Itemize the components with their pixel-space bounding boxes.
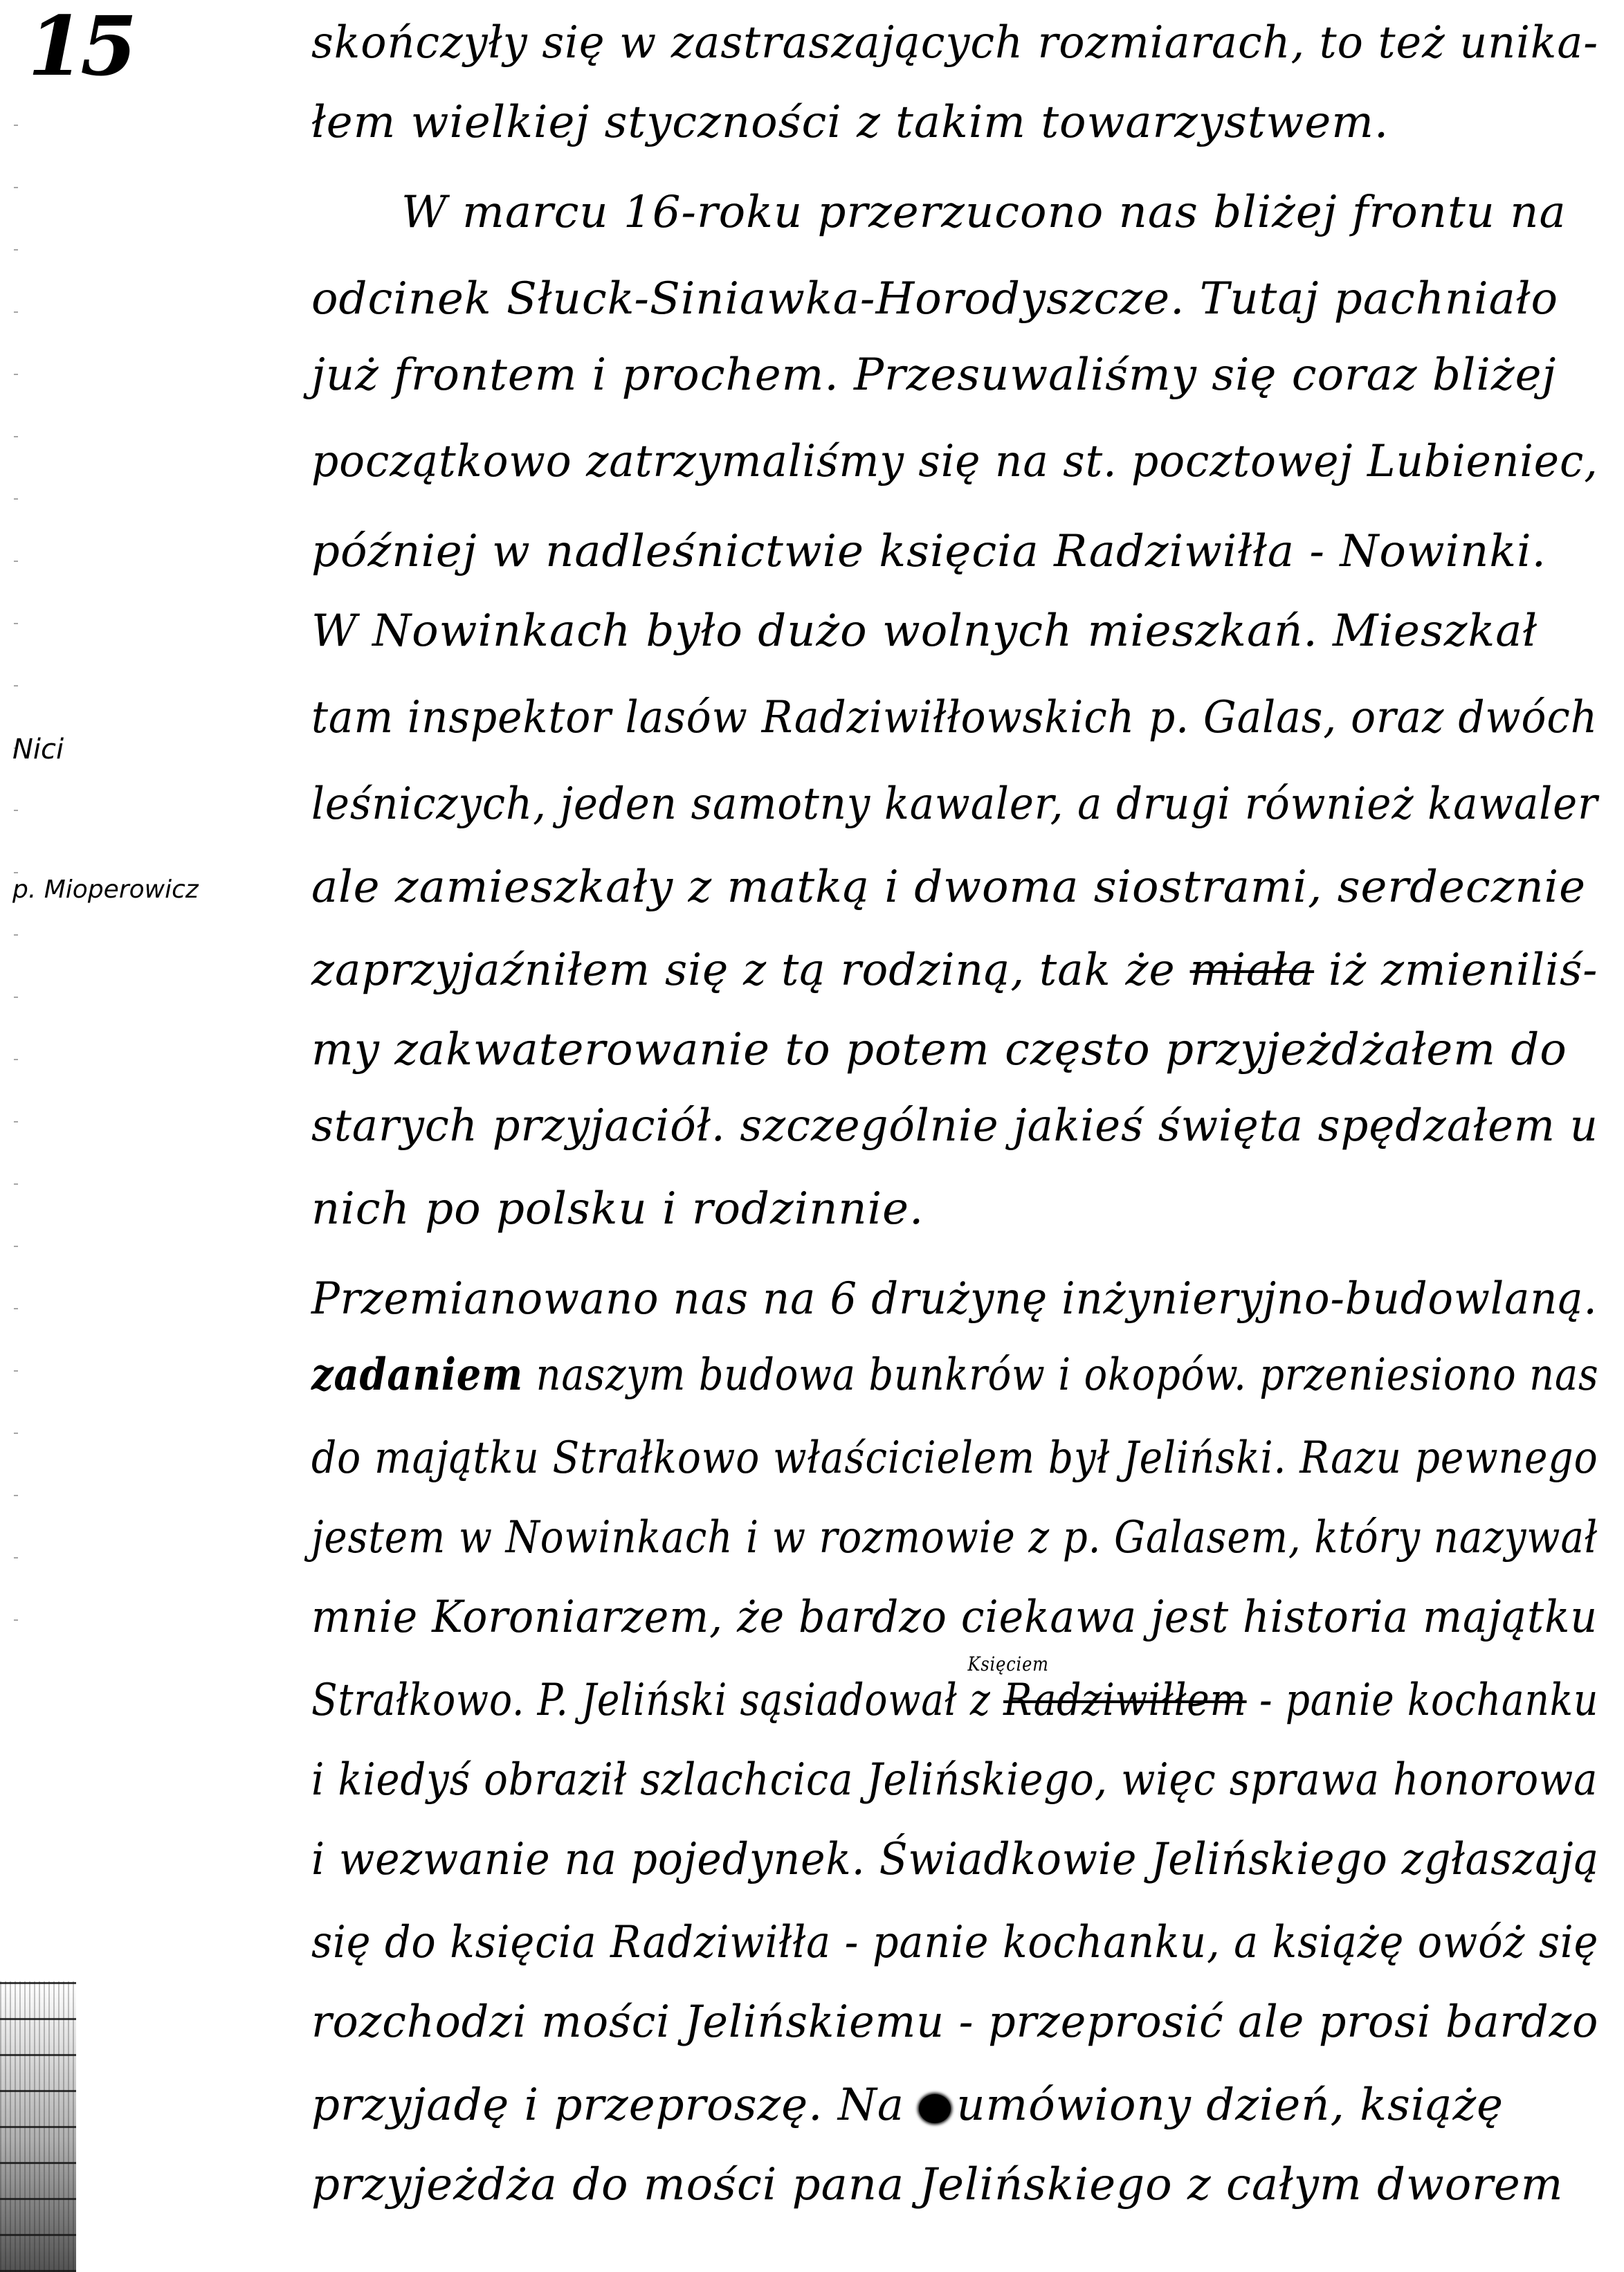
text-line: my zakwaterowanie to potem często przyje… (311, 1028, 1567, 1072)
text-line: i kiedyś obraził szlachcica Jelińskiego,… (311, 1758, 1598, 1802)
text-line: zadaniem naszym budowa bunkrów i okopów.… (311, 1353, 1599, 1397)
bold-word: zadaniem (311, 1349, 523, 1401)
struck-word: Radziwiłłem (1003, 1675, 1247, 1726)
text-line: początkowo zatrzymaliśmy się na st. pocz… (311, 439, 1598, 484)
text-segment: przyjadę i przeproszę. Na (311, 2080, 919, 2131)
text-segment: iż zmieniliś- (1314, 945, 1598, 996)
ink-blot-icon (919, 2094, 951, 2123)
scan-artifact (0, 1981, 76, 2272)
text-line: ale zamieszkały z matką i dwoma siostram… (311, 865, 1586, 909)
text-line: nich po polsku i rodzinnie. (311, 1187, 924, 1231)
text-line: już frontem i prochem. Przesuwaliśmy się… (311, 353, 1556, 397)
text-line: do majątku Strałkowo właścicielem był Je… (311, 1436, 1598, 1480)
text-line: i wezwanie na pojedynek. Świadkowie Jeli… (311, 1837, 1599, 1882)
inserted-correction: Księciem (968, 1655, 1049, 1674)
text-line: jestem w Nowinkach i w rozmowie z p. Gal… (311, 1516, 1598, 1560)
text-line: później w nadleśnictwie księcia Radziwił… (311, 529, 1547, 574)
text-line: W Nowinkach było dużo wolnych mieszkań. … (311, 609, 1538, 653)
text-line: Przemianowano nas na 6 drużynę inżyniery… (311, 1277, 1598, 1321)
edited-word: KsięciemRadziwiłłem (1003, 1678, 1247, 1723)
page-number: 15 (28, 6, 133, 87)
text-line: zaprzyjaźniłem się z tą rodziną, tak że … (311, 948, 1598, 992)
text-line: W marcu 16-roku przerzucono nas bliżej f… (401, 190, 1567, 235)
margin-note: Nici (12, 734, 64, 765)
struck-word: miała (1190, 945, 1315, 996)
text-line: łem wielkiej styczności z takim towarzys… (311, 100, 1389, 145)
text-line: przyjadę i przeproszę. Na umówiony dzień… (311, 2083, 1504, 2127)
text-line: mnie Koroniarzem, że bardzo ciekawa jest… (311, 1595, 1598, 1639)
text-segment: naszym budowa bunkrów i okopów. przenies… (523, 1349, 1599, 1401)
text-line: skończyły się w zastraszających rozmiara… (311, 21, 1598, 65)
text-line: tam inspektor lasów Radziwiłłowskich p. … (311, 696, 1598, 740)
text-line: leśniczych, jeden samotny kawaler, a dru… (311, 782, 1598, 826)
text-line: się do księcia Radziwiłła - panie kochan… (311, 1920, 1598, 1965)
scan-artifact (14, 125, 18, 1647)
text-line: starych przyjaciół. szczególnie jakieś ś… (311, 1104, 1598, 1148)
text-line: przyjeżdża do mości pana Jelińskiego z c… (311, 2163, 1563, 2207)
text-line: Strałkowo. P. Jeliński sąsiadował z Księ… (311, 1678, 1598, 1723)
text-line: odcinek Słuck-Siniawka-Horodyszcze. Tuta… (311, 277, 1558, 321)
text-segment: zaprzyjaźniłem się z tą rodziną, tak że (311, 945, 1190, 996)
margin-note: p. Mioperowicz (12, 875, 199, 904)
text-line: rozchodzi mości Jelińskiemu - przeprosić… (311, 2000, 1598, 2044)
text-segment: Strałkowo. P. Jeliński sąsiadował z (311, 1675, 1003, 1726)
text-segment: - panie kochanku (1247, 1675, 1599, 1726)
manuscript-page: 15 Nici p. Mioperowicz skończyły się w z… (0, 0, 1624, 2272)
text-segment: umówiony dzień, książę (956, 2080, 1504, 2131)
